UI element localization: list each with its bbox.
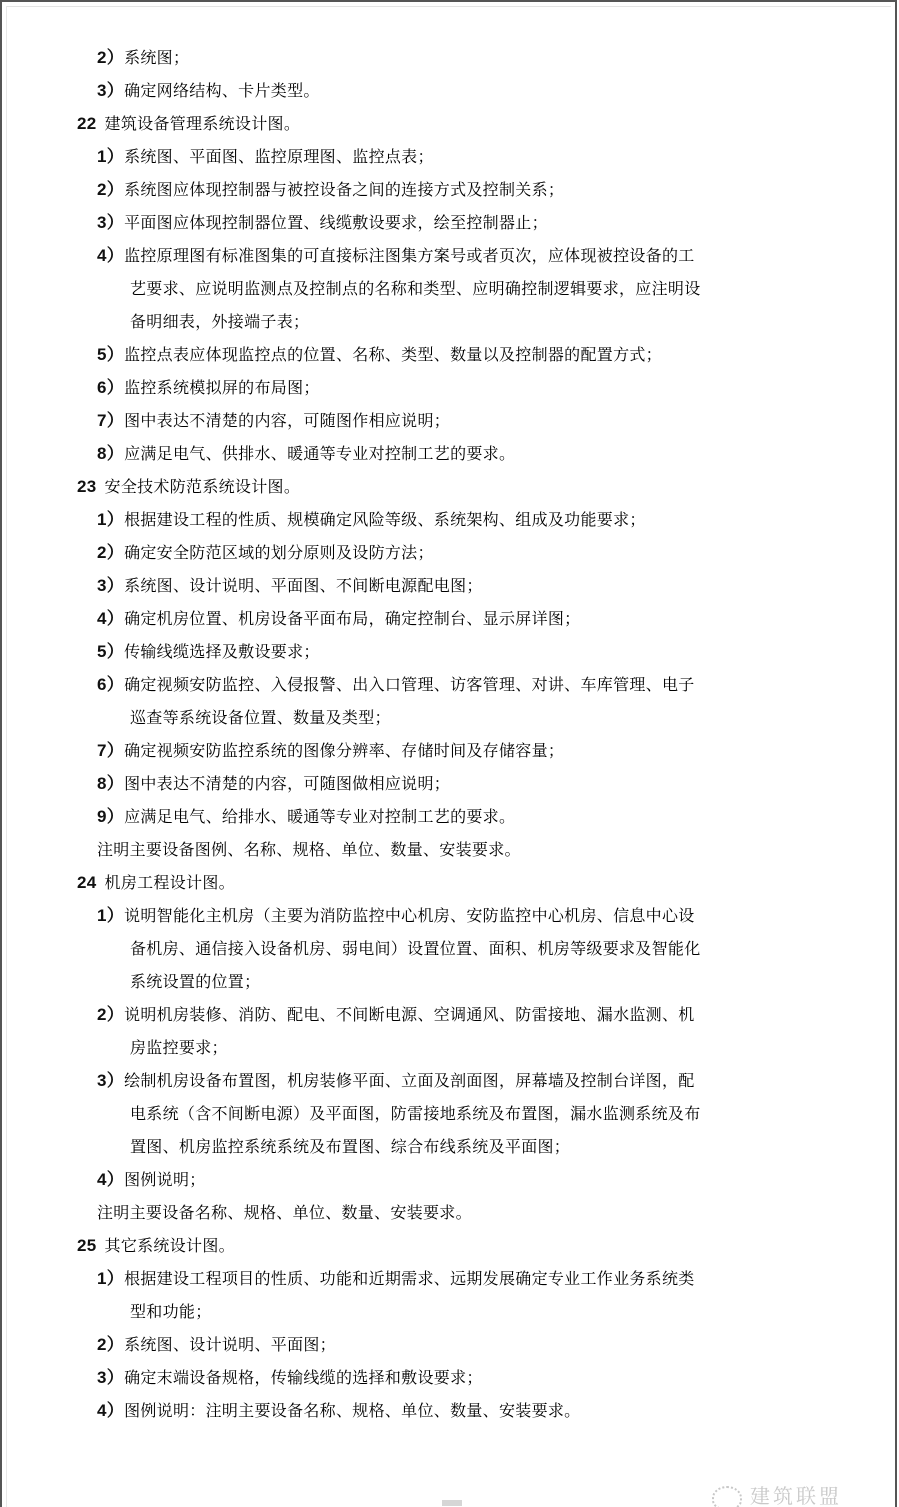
line-text: 绘制机房设备布置图，机房装修平面、立面及剖面图，屏幕墙及控制台详图，配 [124, 1071, 695, 1090]
item-number: 3） [97, 81, 124, 100]
item-number: 5） [97, 642, 124, 661]
list-item: 2）说明机房装修、消防、配电、不间断电源、空调通风、防雷接地、漏水监测、机 [97, 999, 695, 1031]
watermark-text: 建筑联盟 [750, 1484, 842, 1507]
list-item: 1）根据建设工程的性质、规模确定风险等级、系统架构、组成及功能要求； [97, 504, 646, 536]
list-item: 9）应满足电气、给排水、暖通等专业对控制工艺的要求。 [97, 801, 515, 833]
watermark: 建筑联盟 [712, 1480, 842, 1507]
line-text: 系统图应体现控制器与被控设备之间的连接方式及控制关系； [124, 180, 564, 199]
item-number: 6） [97, 378, 124, 397]
note-line: 注明主要设备名称、规格、单位、数量、安装要求。 [97, 1197, 472, 1229]
list-item-continuation: 备明细表，外接端子表； [130, 306, 309, 338]
list-item: 7）确定视频安防监控系统的图像分辨率、存储时间及存储容量； [97, 735, 564, 767]
line-text: 系统图、设计说明、平面图、不间断电源配电图； [124, 576, 483, 595]
list-item: 2）系统图应体现控制器与被控设备之间的连接方式及控制关系； [97, 174, 564, 206]
line-text: 应满足电气、供排水、暖通等专业对控制工艺的要求。 [124, 444, 515, 463]
line-text: 备明细表，外接端子表； [130, 312, 309, 331]
item-number: 1） [97, 906, 124, 925]
list-item: 4）确定机房位置、机房设备平面布局，确定控制台、显示屏详图； [97, 603, 580, 635]
list-item: 8）应满足电气、供排水、暖通等专业对控制工艺的要求。 [97, 438, 515, 470]
item-number: 4） [97, 609, 124, 628]
line-text: 图中表达不清楚的内容，可随图做相应说明； [124, 774, 450, 793]
list-item: 6）监控系统模拟屏的布局图； [97, 372, 320, 404]
item-number: 4） [97, 1401, 124, 1420]
line-text: 注明主要设备图例、名称、规格、单位、数量、安装要求。 [97, 840, 521, 859]
list-item: 4）监控原理图有标准图集的可直接标注图集方案号或者页次，应体现被控设备的工 [97, 240, 695, 272]
item-number: 4） [97, 1170, 124, 1189]
page-inner-border-left [6, 6, 7, 1507]
list-item: 3）绘制机房设备布置图，机房装修平面、立面及剖面图，屏幕墙及控制台详图，配 [97, 1065, 695, 1097]
list-item: 1）说明智能化主机房（主要为消防监控中心机房、安防监控中心机房、信息中心设 [97, 900, 695, 932]
list-item: 3）系统图、设计说明、平面图、不间断电源配电图； [97, 570, 483, 602]
item-number: 2） [97, 1005, 124, 1024]
line-text: 备机房、通信接入设备机房、弱电间）设置位置、面积、机房等级要求及智能化 [130, 939, 701, 958]
item-number: 3） [97, 576, 124, 595]
list-item: 5）监控点表应体现监控点的位置、名称、类型、数量以及控制器的配置方式； [97, 339, 662, 371]
line-text: 图例说明； [124, 1170, 206, 1189]
line-text: 系统图； [124, 48, 189, 67]
line-text: 平面图应体现控制器位置、线缆敷设要求，绘至控制器止； [124, 213, 548, 232]
item-number: 7） [97, 411, 124, 430]
list-item-continuation: 艺要求、应说明监测点及控制点的名称和类型、应明确控制逻辑要求，应注明设 [130, 273, 701, 305]
item-number: 3） [97, 1071, 124, 1090]
item-number: 2） [97, 543, 124, 562]
line-text: 注明主要设备名称、规格、单位、数量、安装要求。 [97, 1203, 472, 1222]
item-number: 1） [97, 1269, 124, 1288]
wechat-icon [712, 1486, 742, 1507]
section-title: 机房工程设计图。 [105, 873, 235, 892]
line-text: 根据建设工程项目的性质、功能和近期需求、远期发展确定专业工作业务系统类 [124, 1269, 695, 1288]
line-text: 应满足电气、给排水、暖通等专业对控制工艺的要求。 [124, 807, 515, 826]
list-item-continuation: 置图、机房监控系统系统及布置图、综合布线系统及平面图； [130, 1131, 570, 1163]
section-heading: 25其它系统设计图。 [77, 1230, 235, 1262]
line-text: 监控点表应体现监控点的位置、名称、类型、数量以及控制器的配置方式； [124, 345, 662, 364]
list-item: 4）图例说明； [97, 1164, 206, 1196]
line-text: 监控原理图有标准图集的可直接标注图集方案号或者页次，应体现被控设备的工 [124, 246, 695, 265]
item-number: 3） [97, 213, 124, 232]
list-item: 2）确定安全防范区域的划分原则及设防方法； [97, 537, 434, 569]
line-text: 图中表达不清楚的内容，可随图作相应说明； [124, 411, 450, 430]
section-number: 24 [77, 873, 97, 892]
list-item: 3）平面图应体现控制器位置、线缆敷设要求，绘至控制器止； [97, 207, 548, 239]
line-text: 说明机房装修、消防、配电、不间断电源、空调通风、防雷接地、漏水监测、机 [124, 1005, 695, 1024]
list-item: 7）图中表达不清楚的内容，可随图作相应说明； [97, 405, 450, 437]
list-item: 5）传输线缆选择及敷设要求； [97, 636, 320, 668]
list-item-continuation: 备机房、通信接入设备机房、弱电间）设置位置、面积、机房等级要求及智能化 [130, 933, 701, 965]
line-text: 确定视频安防监控、入侵报警、出入口管理、访客管理、对讲、车库管理、电子 [124, 675, 695, 694]
item-number: 8） [97, 444, 124, 463]
item-number: 2） [97, 48, 124, 67]
list-item-continuation: 系统设置的位置； [130, 966, 260, 998]
page-inner-border-top [6, 6, 891, 7]
section-heading: 22建筑设备管理系统设计图。 [77, 108, 300, 140]
item-number: 3） [97, 1368, 124, 1387]
line-text: 电系统（含不间断电源）及平面图，防雷接地系统及布置图，漏水监测系统及布 [130, 1104, 701, 1123]
list-item-continuation: 房监控要求； [130, 1032, 228, 1064]
line-text: 监控系统模拟屏的布局图； [124, 378, 320, 397]
list-item-continuation: 电系统（含不间断电源）及平面图，防雷接地系统及布置图，漏水监测系统及布 [130, 1098, 701, 1130]
list-item: 8）图中表达不清楚的内容，可随图做相应说明； [97, 768, 450, 800]
line-text: 系统设置的位置； [130, 972, 260, 991]
line-text: 确定末端设备规格，传输线缆的选择和敷设要求； [124, 1368, 483, 1387]
line-text: 确定机房位置、机房设备平面布局，确定控制台、显示屏详图； [124, 609, 580, 628]
item-number: 1） [97, 147, 124, 166]
list-item: 2）系统图、设计说明、平面图； [97, 1329, 336, 1361]
item-number: 7） [97, 741, 124, 760]
line-text: 确定视频安防监控系统的图像分辨率、存储时间及存储容量； [124, 741, 564, 760]
line-text: 系统图、平面图、监控原理图、监控点表； [124, 147, 434, 166]
list-item: 3）确定网络结构、卡片类型。 [97, 75, 320, 107]
list-item: 6）确定视频安防监控、入侵报警、出入口管理、访客管理、对讲、车库管理、电子 [97, 669, 695, 701]
item-number: 4） [97, 246, 124, 265]
section-title: 建筑设备管理系统设计图。 [105, 114, 301, 133]
line-text: 房监控要求； [130, 1038, 228, 1057]
section-title: 其它系统设计图。 [105, 1236, 235, 1255]
list-item: 1）系统图、平面图、监控原理图、监控点表； [97, 141, 434, 173]
line-text: 巡查等系统设备位置、数量及类型； [130, 708, 391, 727]
line-text: 确定安全防范区域的划分原则及设防方法； [124, 543, 434, 562]
note-line: 注明主要设备图例、名称、规格、单位、数量、安装要求。 [97, 834, 521, 866]
item-number: 1） [97, 510, 124, 529]
list-item: 4）图例说明：注明主要设备名称、规格、单位、数量、安装要求。 [97, 1395, 580, 1427]
line-text: 系统图、设计说明、平面图； [124, 1335, 336, 1354]
item-number: 5） [97, 345, 124, 364]
list-item-continuation: 型和功能； [130, 1296, 212, 1328]
item-number: 2） [97, 180, 124, 199]
section-number: 23 [77, 477, 97, 496]
list-item: 1）根据建设工程项目的性质、功能和近期需求、远期发展确定专业工作业务系统类 [97, 1263, 695, 1295]
line-text: 传输线缆选择及敷设要求； [124, 642, 320, 661]
list-item-continuation: 巡查等系统设备位置、数量及类型； [130, 702, 391, 734]
item-number: 8） [97, 774, 124, 793]
line-text: 说明智能化主机房（主要为消防监控中心机房、安防监控中心机房、信息中心设 [124, 906, 695, 925]
line-text: 型和功能； [130, 1302, 212, 1321]
section-heading: 23安全技术防范系统设计图。 [77, 471, 300, 503]
section-title: 安全技术防范系统设计图。 [105, 477, 301, 496]
item-number: 6） [97, 675, 124, 694]
item-number: 9） [97, 807, 124, 826]
document-page: 2）系统图；3）确定网络结构、卡片类型。22建筑设备管理系统设计图。1）系统图、… [0, 0, 897, 1507]
list-item: 3）确定末端设备规格，传输线缆的选择和敷设要求； [97, 1362, 483, 1394]
section-number: 22 [77, 114, 97, 133]
line-text: 置图、机房监控系统系统及布置图、综合布线系统及平面图； [130, 1137, 570, 1156]
line-text: 图例说明：注明主要设备名称、规格、单位、数量、安装要求。 [124, 1401, 580, 1420]
page-number-fragment [442, 1500, 462, 1506]
list-item: 2）系统图； [97, 42, 189, 74]
section-number: 25 [77, 1236, 97, 1255]
line-text: 根据建设工程的性质、规模确定风险等级、系统架构、组成及功能要求； [124, 510, 646, 529]
line-text: 确定网络结构、卡片类型。 [124, 81, 320, 100]
section-heading: 24机房工程设计图。 [77, 867, 235, 899]
item-number: 2） [97, 1335, 124, 1354]
line-text: 艺要求、应说明监测点及控制点的名称和类型、应明确控制逻辑要求，应注明设 [130, 279, 701, 298]
